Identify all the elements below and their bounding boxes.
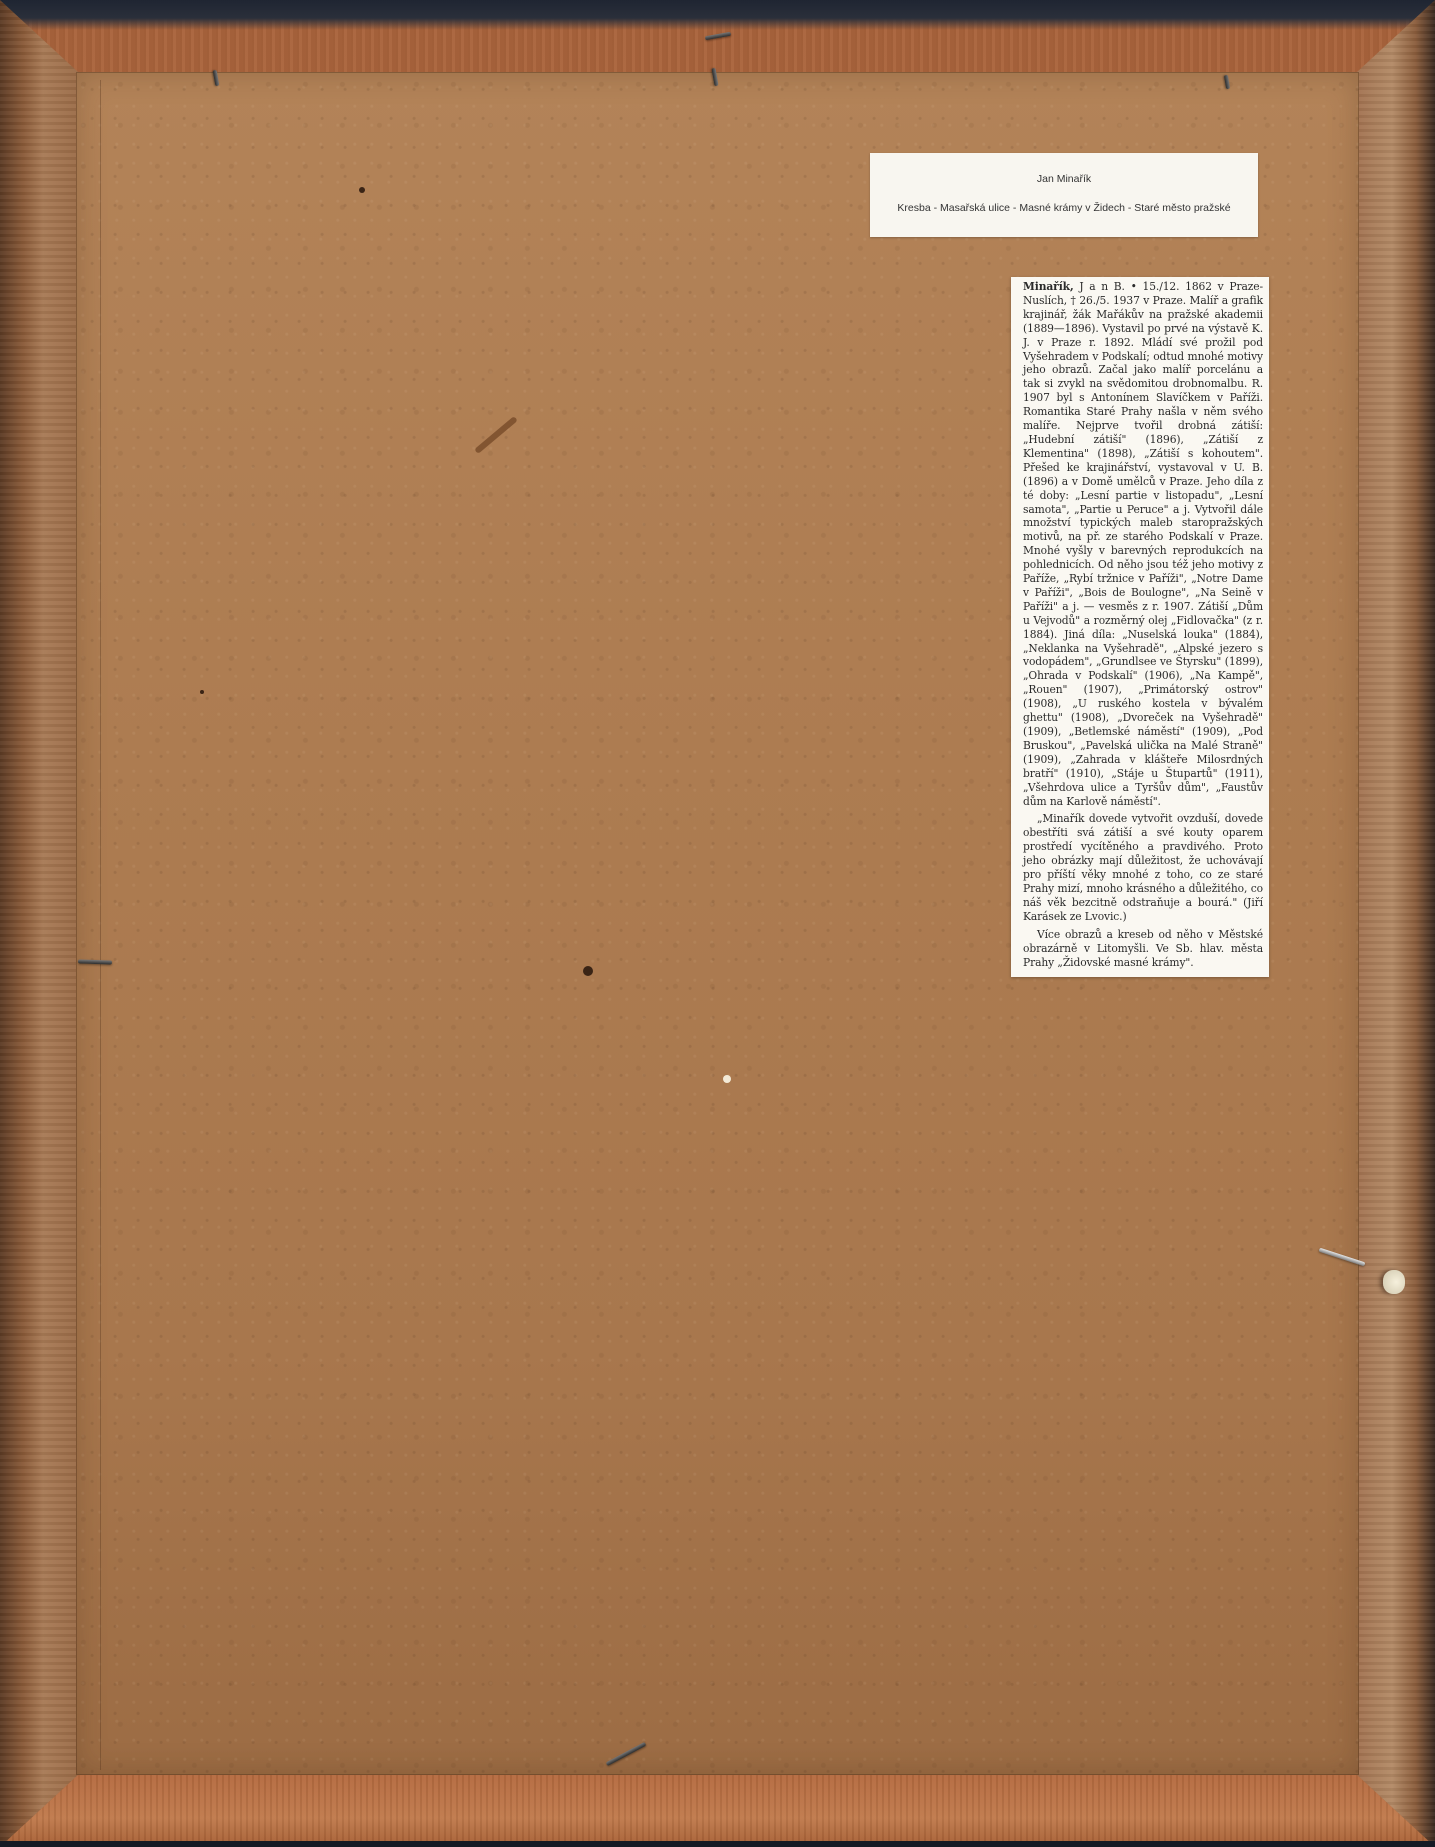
- frame-bottom-side: [0, 1775, 1435, 1847]
- clipping-biography: Minařík, J a n B. • 15./12. 1862 v Praze…: [1023, 280, 1263, 808]
- board-edge-line: [100, 80, 101, 1770]
- board-spot: [583, 966, 593, 976]
- clipping-quote: „Minařík dovede vytvořit ovzduší, dovede…: [1023, 812, 1263, 923]
- artist-title-label: Jan Minařík Kresba - Masařská ulice - Ma…: [870, 153, 1258, 237]
- encyclopedia-clipping: Minařík, J a n B. • 15./12. 1862 v Praze…: [1011, 277, 1269, 977]
- clipping-collections: Více obrazů a kreseb od něho v Městské o…: [1023, 928, 1263, 970]
- entry-name: J a n B.: [1074, 280, 1125, 293]
- right-side-plug: [1383, 1270, 1405, 1294]
- board-light-spot: [723, 1075, 731, 1083]
- artwork-caption: Kresba - Masařská ulice - Masné krámy v …: [870, 202, 1258, 214]
- board-spot: [200, 690, 204, 694]
- artist-name: Jan Minařík: [870, 173, 1258, 185]
- biography-text: • 15./12. 1862 v Praze-Nuslích, † 26./5.…: [1023, 280, 1263, 808]
- frame-right-side: [1357, 0, 1435, 1847]
- entry-head: Minařík,: [1023, 280, 1074, 293]
- frame-bottom-edge: [0, 1841, 1435, 1847]
- frame-left-side: [0, 0, 78, 1847]
- board-spot: [359, 187, 365, 193]
- frame-top-dark-stain: [0, 0, 1435, 30]
